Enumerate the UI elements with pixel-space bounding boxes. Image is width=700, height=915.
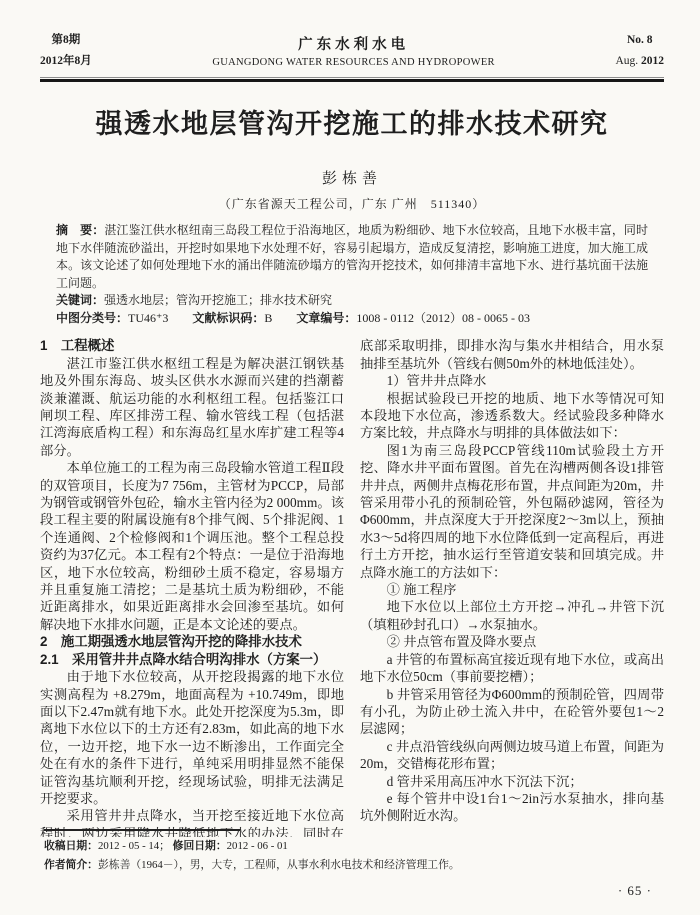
article-id-label: 文章编号： — [296, 311, 356, 325]
keywords-text: 强透水地层；管沟开挖施工；排水技术研究 — [104, 293, 332, 307]
issue-year-en: 2012 — [641, 55, 664, 67]
article-author: 彭栋善 — [40, 167, 664, 188]
revised-label: 修回日期： — [173, 840, 227, 852]
article-id-value: 1008 - 0112（2012）08 - 0065 - 03 — [356, 311, 530, 325]
footnote-rule — [44, 829, 240, 831]
paragraph: e 每个管井中设1台1～2in污水泵抽水，排向基坑外侧附近水沟。 — [360, 790, 664, 825]
revised-date: 2012 - 06 - 01 — [227, 840, 288, 852]
article-body: 1 工程概述 湛江市鉴江供水枢纽工程是为解决湛江钢铁基地及外围东海岛、坡头区供水… — [40, 337, 664, 837]
page-number: · 65 · — [618, 883, 652, 899]
header-divider-rule — [40, 77, 664, 82]
article-title: 强透水地层管沟开挖施工的排水技术研究 — [40, 102, 664, 141]
header-issue-block-cn: 第8期 2012年8月 — [40, 30, 92, 71]
paragraph-continuation: 底部采取明排，即排水沟与集水井相结合，用水泵抽排至基坑外（管线右侧50m外的林地… — [360, 337, 664, 372]
paragraph: 图1为南三岛段PCCP管线110m试验段土方开挖、降水井平面布置图。首先在沟槽两… — [360, 442, 664, 581]
clc-value: TU46⁺3 — [128, 311, 168, 325]
section-2-1-heading: 2.1 采用管井井点降水结合明沟排水（方案一） — [40, 651, 344, 668]
paragraph: ② 井点管布置及降水要点 — [360, 633, 664, 650]
doc-code-value: B — [264, 311, 272, 325]
paragraph: 本单位施工的工程为南三岛段输水管道工程Ⅱ段的双管项目，长度为7 756m，主管材… — [40, 459, 344, 633]
paragraph: 根据试验段已开挖的地质、地下水等情况可知本段地下水位高，渗透系数大。经试验段多种… — [360, 390, 664, 442]
journal-title-cn: 广东水利水电 — [100, 33, 608, 54]
journal-header: 第8期 2012年8月 广东水利水电 GUANGDONG WATER RESOU… — [40, 30, 664, 71]
received-date: 2012 - 05 - 14； — [98, 840, 170, 852]
article-affiliation: （广东省源天工程公司，广东 广州 511340） — [40, 195, 664, 212]
doc-code-label: 文献标识码： — [192, 311, 264, 325]
journal-page: 第8期 2012年8月 广东水利水电 GUANGDONG WATER RESOU… — [0, 0, 700, 915]
abstract-text: 湛江鉴江供水枢纽南三岛段工程位于沿海地区，地质为粉细砂、地下水位较高，且地下水极… — [56, 223, 648, 290]
journal-name-block: 广东水利水电 GUANGDONG WATER RESOURCES AND HYD… — [92, 33, 616, 68]
issue-number-en: No. 8 — [615, 30, 664, 51]
paragraph: 1）管井井点降水 — [360, 372, 664, 389]
paragraph: a 井管的布置标高宜接近现有地下水位，或高出地下水位50cm（事前要挖槽）； — [360, 651, 664, 686]
issue-month-en: Aug. — [615, 55, 638, 67]
keywords-line: 关键词：强透水地层；管沟开挖施工；排水技术研究 — [56, 292, 648, 310]
abstract-paragraph: 摘 要：湛江鉴江供水枢纽南三岛段工程位于沿海地区，地质为粉细砂、地下水位较高，且… — [56, 222, 648, 292]
bio-text: 彭栋善（1964－），男，大专，工程师，从事水利水电技术和经济管理工作。 — [98, 859, 460, 871]
abstract-label: 摘 要： — [56, 223, 104, 237]
paragraph: 地下水位以上部位土方开挖→冲孔→井管下沉（填粗砂封孔口）→水泵抽水。 — [360, 598, 664, 633]
header-issue-block-en: No. 8 Aug. 2012 — [615, 30, 664, 71]
issue-date-cn: 2012年8月 — [40, 51, 92, 72]
dates-line: 收稿日期：2012 - 05 - 14； 修回日期：2012 - 06 - 01 — [44, 837, 660, 856]
issue-date-en: Aug. 2012 — [615, 51, 664, 72]
paragraph: b 井管采用管径为Φ600mm的预制砼管，四周带有小孔，为防止砂土流入井中，在砼… — [360, 686, 664, 738]
author-bio-line: 作者简介：彭栋善（1964－），男，大专，工程师，从事水利水电技术和经济管理工作… — [44, 856, 660, 875]
abstract-block: 摘 要：湛江鉴江供水枢纽南三岛段工程位于沿海地区，地质为粉细砂、地下水位较高，且… — [56, 222, 648, 327]
paragraph: 由于地下水位较高，从开挖段揭露的地下水位实测高程为 +8.279m，地面高程为 … — [40, 668, 344, 807]
paragraph: 湛江市鉴江供水枢纽工程是为解决湛江钢铁基地及外围东海岛、坡头区供水水源而兴建的挡… — [40, 355, 344, 459]
right-column: 底部采取明排，即排水沟与集水井相结合，用水泵抽排至基坑外（管线右侧50m外的林地… — [360, 337, 664, 837]
section-1-heading: 1 工程概述 — [40, 337, 344, 354]
paragraph: c 井点沿管线纵向两侧边坡马道上布置，间距为20m，交错梅花形布置； — [360, 738, 664, 773]
left-column: 1 工程概述 湛江市鉴江供水枢纽工程是为解决湛江钢铁基地及外围东海岛、坡头区供水… — [40, 337, 344, 837]
bio-label: 作者简介： — [44, 859, 98, 871]
paragraph: ① 施工程序 — [360, 581, 664, 598]
received-label: 收稿日期： — [44, 840, 98, 852]
keywords-label: 关键词： — [56, 293, 104, 307]
clc-label: 中图分类号： — [56, 311, 128, 325]
footnote-block: 收稿日期：2012 - 05 - 14； 修回日期：2012 - 06 - 01… — [44, 829, 660, 875]
paragraph: d 管井采用高压冲水下沉法下沉； — [360, 773, 664, 790]
section-2-heading: 2 施工期强透水地层管沟开挖的降排水技术 — [40, 633, 344, 650]
issue-number-cn: 第8期 — [40, 30, 92, 51]
classification-line: 中图分类号：TU46⁺3文献标识码：B文章编号：1008 - 0112（2012… — [56, 310, 648, 328]
journal-title-en: GUANGDONG WATER RESOURCES AND HYDROPOWER — [100, 57, 608, 68]
